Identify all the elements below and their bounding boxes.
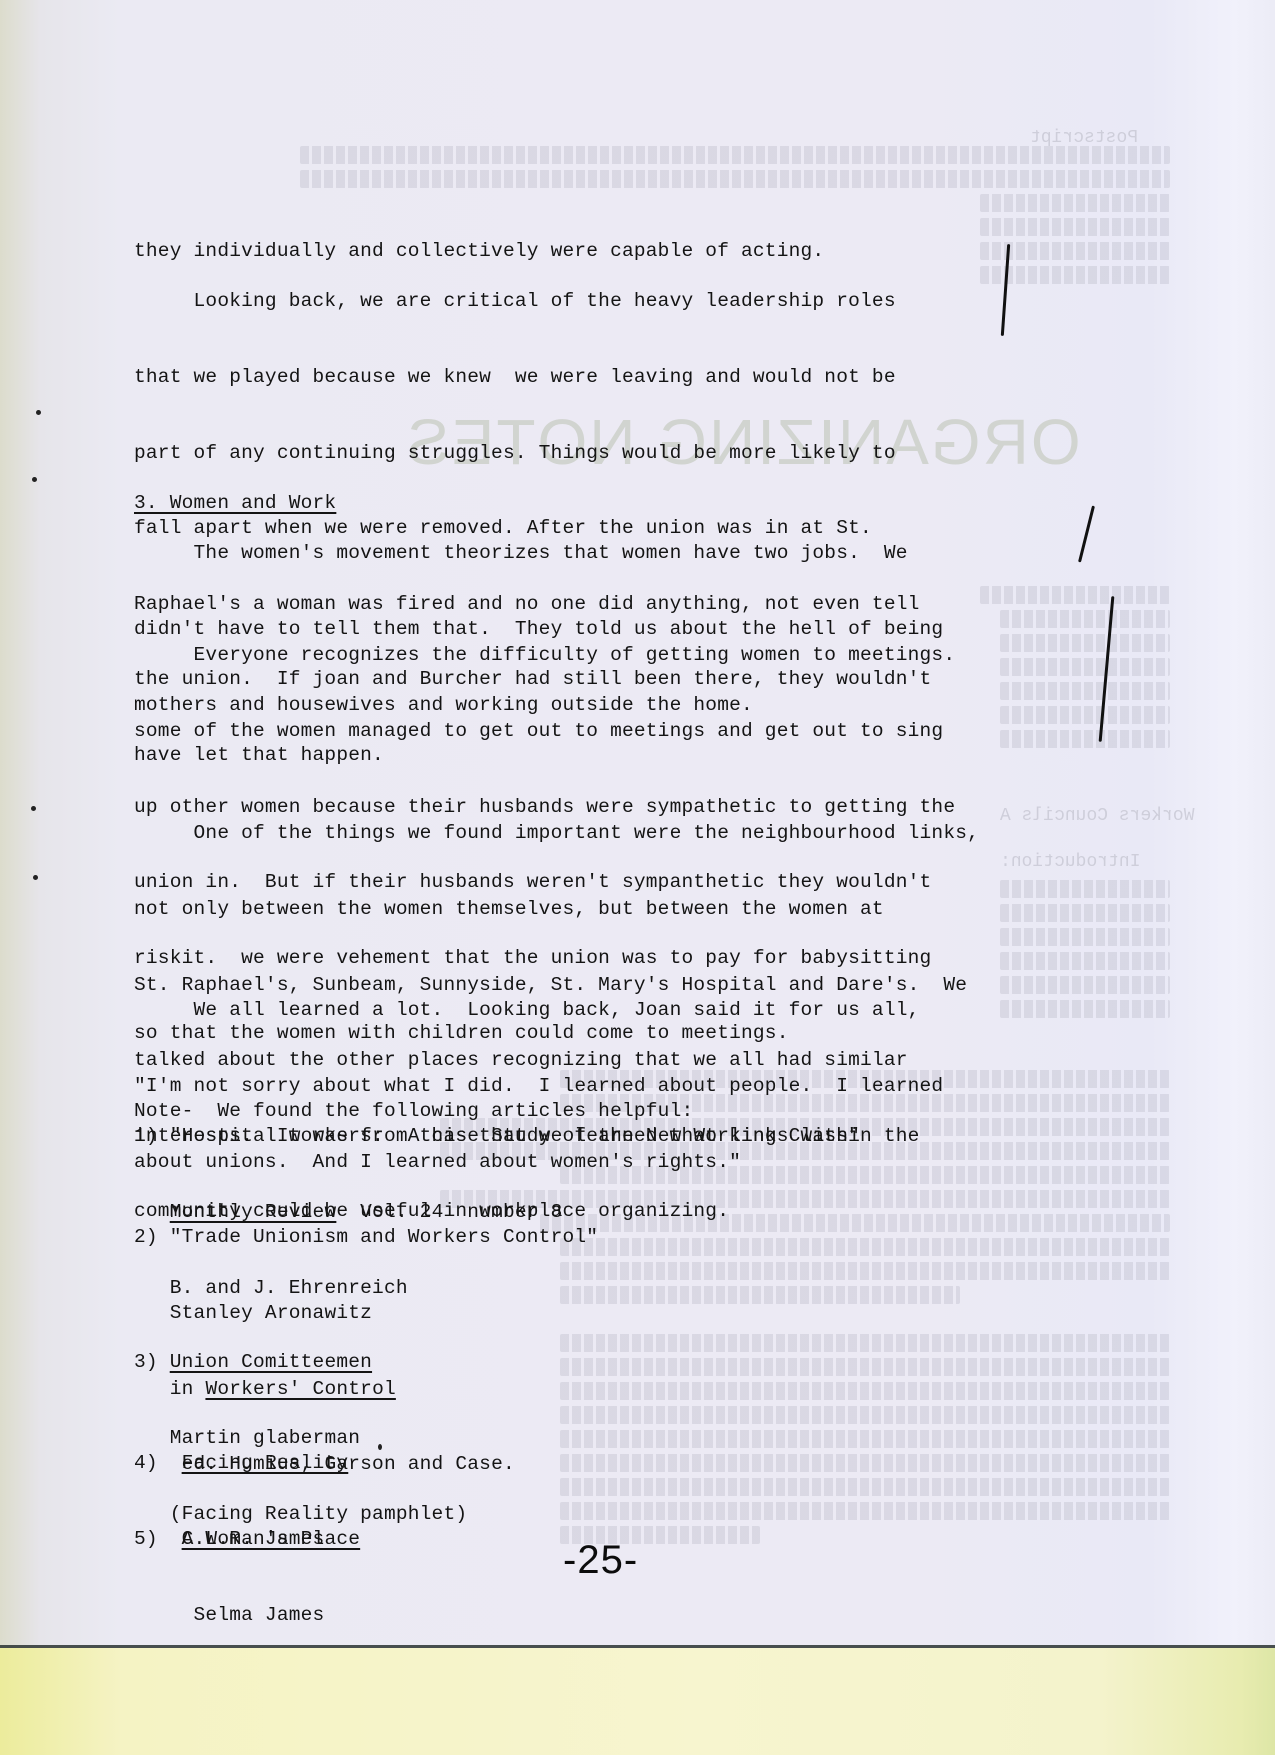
reference-title-line: 1) "Hospital workers: A case Study of th… [134, 1124, 860, 1149]
reference-title: Union Comitteemen [170, 1351, 372, 1373]
reference-title: "Trade Unionism and Workers Control" [170, 1226, 598, 1248]
bleed-through-workers-councils: Workers Councils A [1000, 806, 1194, 826]
reference-number: 1) [134, 1125, 158, 1147]
reference-number: 5) [134, 1528, 158, 1550]
margin-dot-icon [32, 477, 37, 482]
margin-dot-icon [36, 410, 41, 415]
page-number: -25- [563, 1538, 638, 1583]
bleed-through-introduction: Introduction: [1000, 852, 1140, 872]
scanned-page: ORGANIZING NOTES Postscript Workers Coun… [0, 0, 1275, 1648]
text-line: One of the things we found important wer… [134, 821, 979, 846]
reference-number: 3) [134, 1351, 158, 1373]
reference-title-line: 2) "Trade Unionism and Workers Control" [134, 1225, 598, 1250]
reference-title: "Hospital workers: A case Study of the N… [170, 1125, 860, 1147]
reference-number: 2) [134, 1226, 158, 1248]
reference-title: A Woman's Place [182, 1528, 361, 1550]
reference-number: 4) [134, 1452, 158, 1474]
reference-title-line: 3) Union Comitteemen [134, 1350, 467, 1375]
reference-author-line: Selma James [134, 1603, 360, 1628]
margin-mark-line-icon [1078, 505, 1095, 562]
reference-title-line: 5) A Woman's Place [134, 1527, 360, 1552]
reference-title-line: 4) Facing Reality [134, 1451, 348, 1476]
reference-author: Selma James [182, 1604, 325, 1626]
text-line: The women's movement theorizes that wome… [134, 541, 943, 566]
margin-mark-line-icon [1099, 596, 1115, 742]
text-line: not only between the women themselves, b… [134, 897, 979, 922]
text-line: Looking back, we are critical of the hea… [134, 289, 931, 314]
margin-dot-icon [378, 1444, 382, 1450]
margin-dot-icon [31, 806, 36, 811]
scan-background-strip [0, 1648, 1275, 1755]
text-line: We all learned a lot. Looking back, Joan… [134, 998, 943, 1023]
margin-dot-icon [33, 875, 38, 880]
text-line: that we played because we knew we were l… [134, 365, 931, 390]
bleed-through-postscript: Postscript [1030, 128, 1138, 148]
text-line: Everyone recognizes the difficulty of ge… [134, 643, 955, 668]
text-line: some of the women managed to get out to … [134, 719, 955, 744]
margin-mark-line-icon [1001, 244, 1010, 336]
reference-title: Facing Reality [182, 1452, 349, 1474]
